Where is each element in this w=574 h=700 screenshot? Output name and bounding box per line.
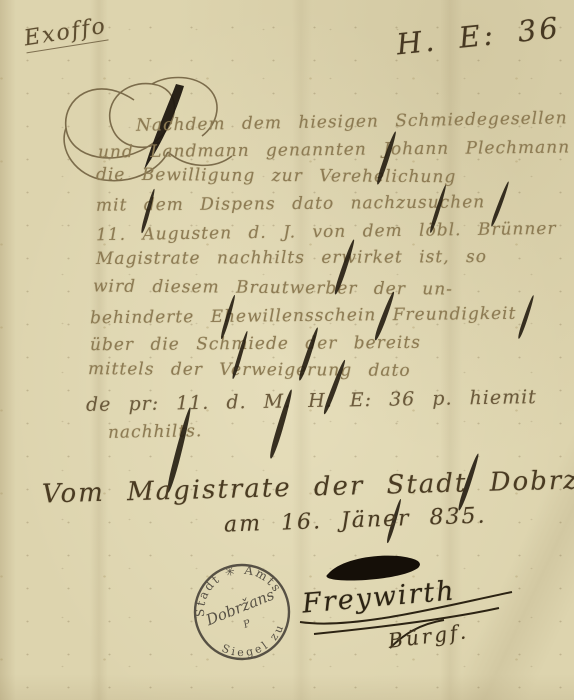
- body-line: mittels der Verweigerung dato: [88, 359, 411, 381]
- body-line: mit dem Dispens dato nachzusuchen: [96, 192, 485, 215]
- body-line: Magistrate nachhilts erwirket ist, so: [96, 247, 487, 269]
- body-line: die Bewilligung zur Verehelichung: [96, 165, 456, 188]
- seal-center-small-text: P: [241, 618, 253, 631]
- seal-center-text: Dobržans: [202, 585, 277, 629]
- body-line: nachhilts.: [108, 421, 203, 443]
- body-line: über die Schmiede der bereits: [90, 333, 421, 355]
- body-line: wird diesem Brautwerber der un-: [93, 276, 453, 299]
